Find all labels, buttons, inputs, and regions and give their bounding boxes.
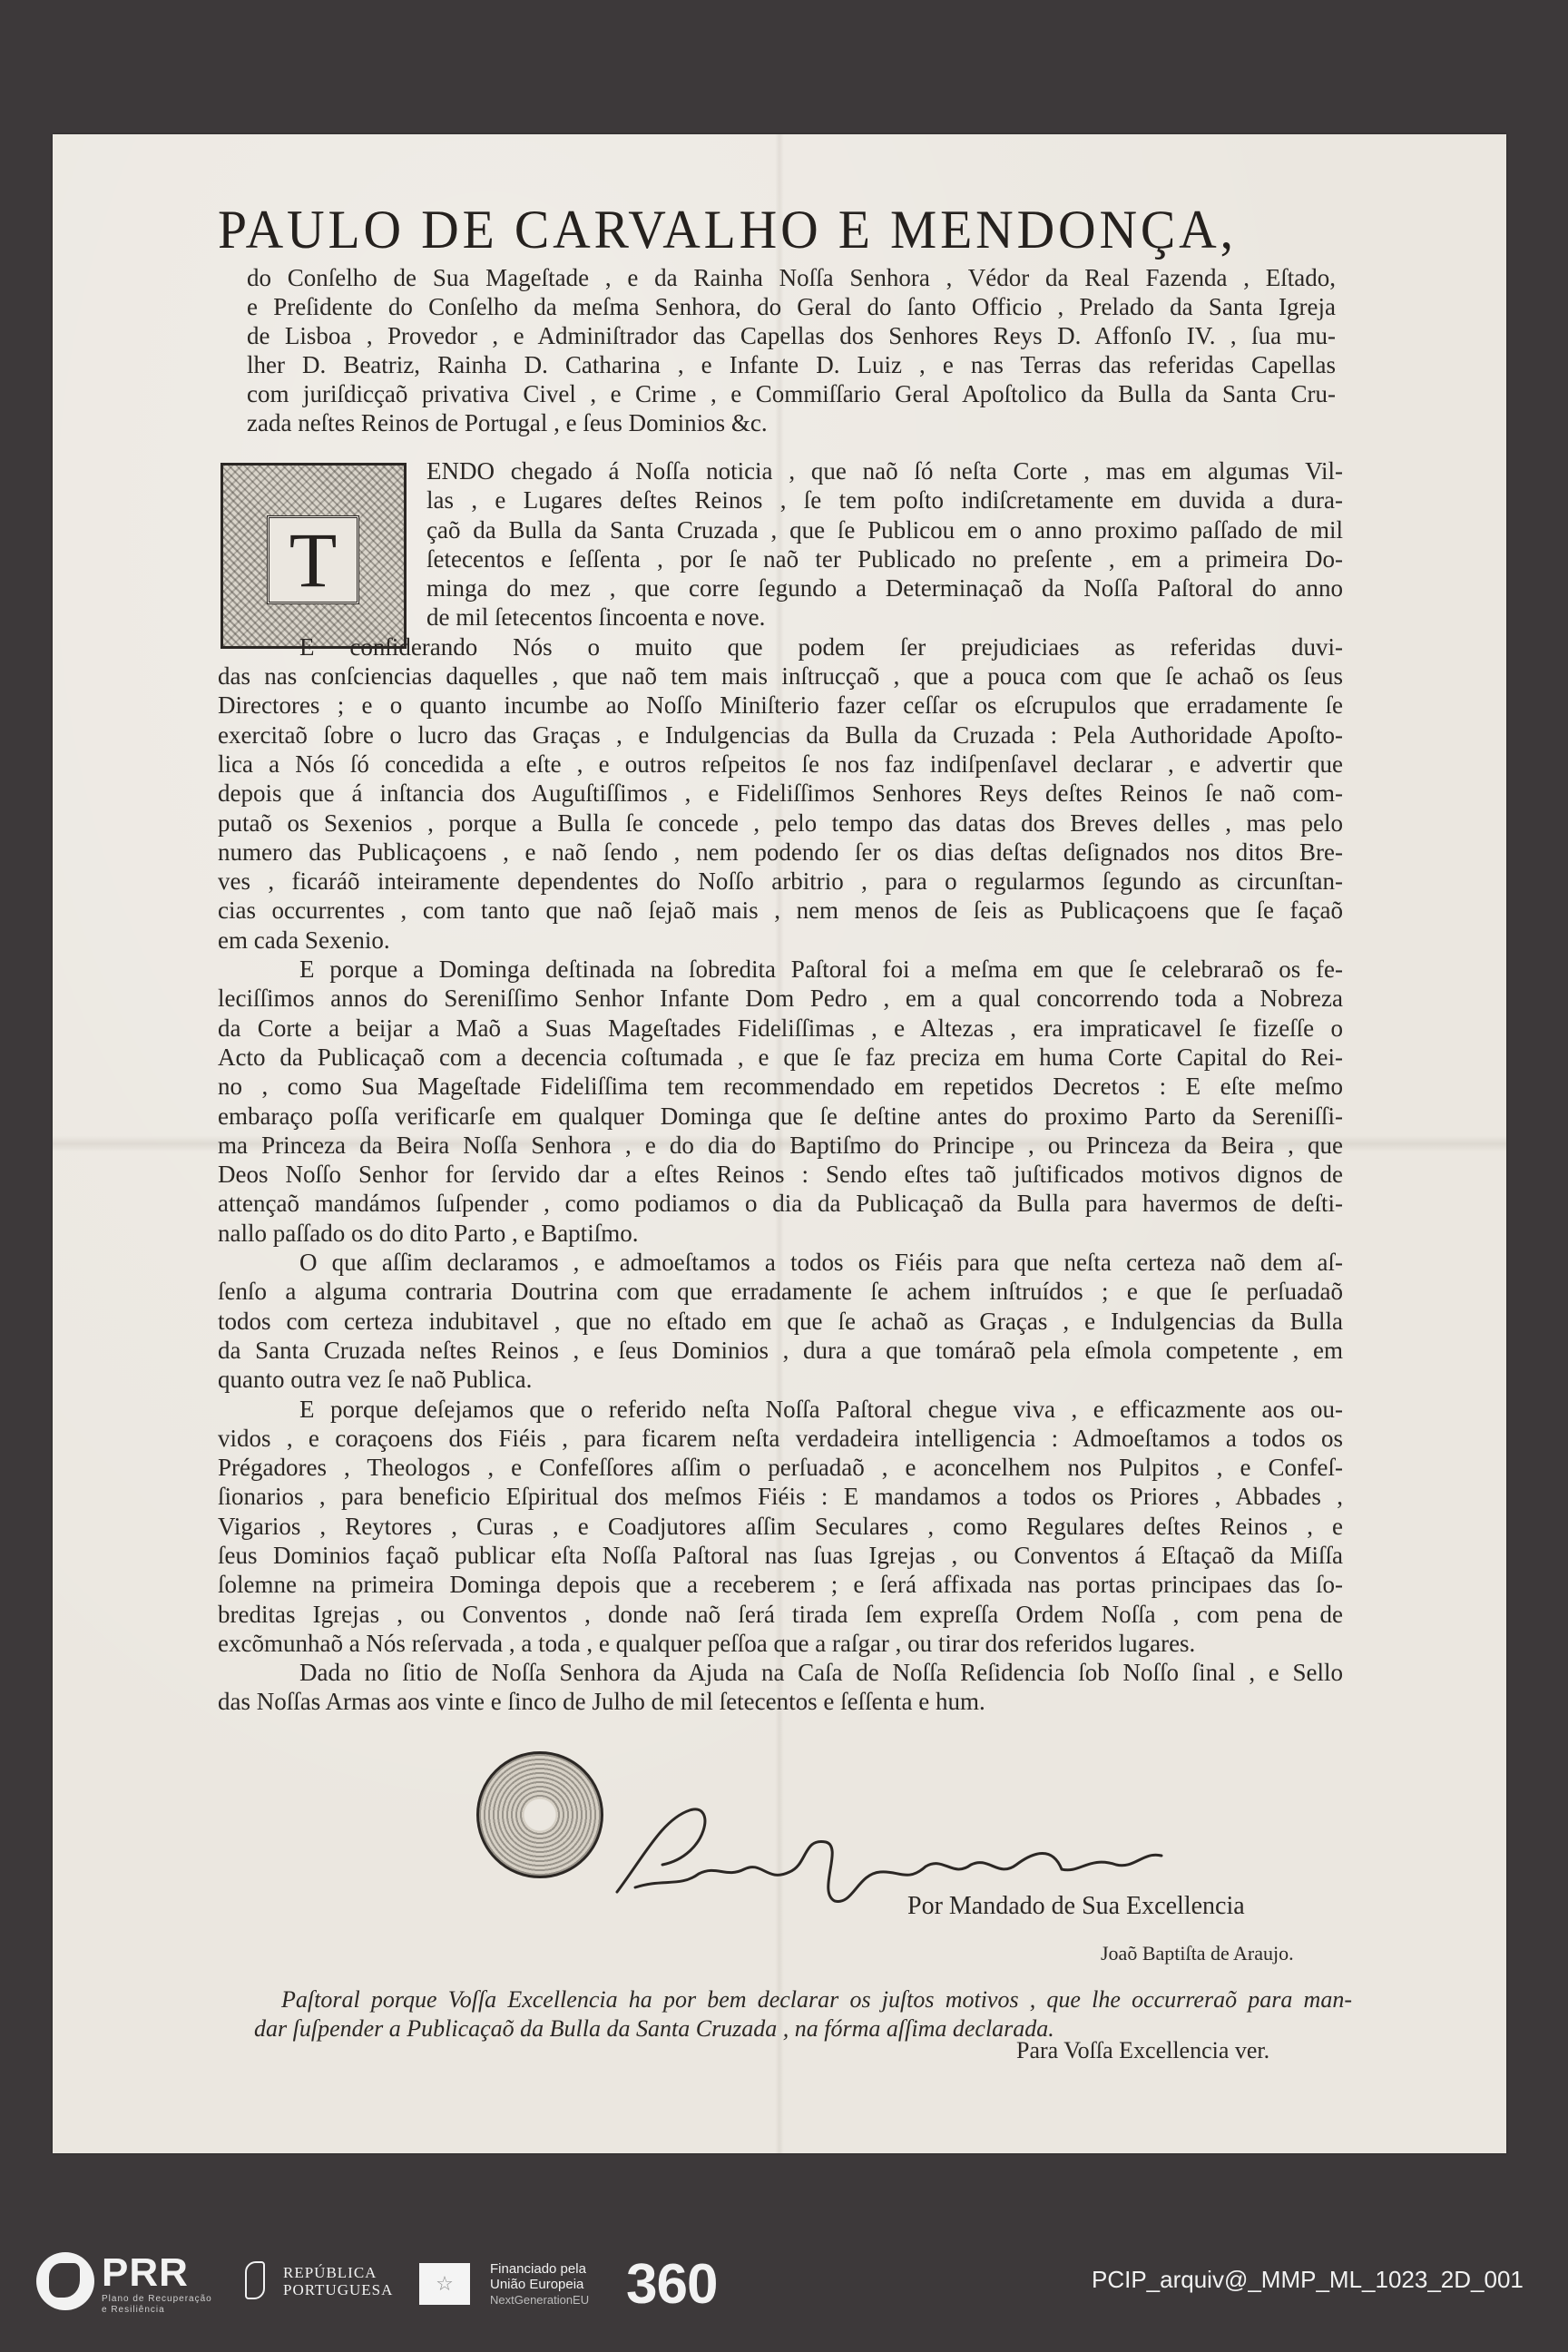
body-line: embaraço poſſa verificarſe em qualquer D… xyxy=(218,1102,1343,1131)
intro-line: do Conſelho de Sua Mageſtade , e da Rain… xyxy=(247,263,1336,292)
secretary-name: Joaõ Baptiſta de Araujo. xyxy=(1101,1942,1294,1965)
document-title: PAULO DE CARVALHO E MENDONÇA, xyxy=(218,198,1298,261)
body-line: Acto da Publicaçaõ com a decencia coſtum… xyxy=(218,1043,1343,1072)
body-line: numero das Publicaçoens , e naõ ſendo , … xyxy=(218,838,1343,867)
intro-line: zada neſtes Reinos de Portugal , e ſeus … xyxy=(247,408,1336,437)
body-line: lica a Nós ſó concedida a eſte , e outro… xyxy=(218,750,1343,779)
eu-flag-icon: ☆ xyxy=(419,2263,470,2305)
body-line: da Corte a beijar a Maõ a Suas Mageſtade… xyxy=(218,1014,1343,1043)
intro-line: com juriſdicçaõ privativa Civel , e Crim… xyxy=(247,379,1336,408)
eu-line: Financiado pela xyxy=(490,2261,589,2277)
body-line: minga do mez , que corre ſegundo a Deter… xyxy=(218,573,1343,603)
intro-line: lher D. Beatriz, Rainha D. Catharina , e… xyxy=(247,350,1336,379)
intro-line: de Lisboa , Provedor , e Adminiſtrador d… xyxy=(247,321,1336,350)
prr-title: PRR xyxy=(102,2250,189,2296)
body-line: da Santa Cruzada neſtes Reinos , e ſeus … xyxy=(218,1336,1343,1365)
body-line: E porque deſejamos que o referido neſta … xyxy=(218,1395,1343,1424)
body-line: Vigarios , Reytores , Curas , e Coadjuto… xyxy=(218,1512,1343,1541)
body-line: ſionarios , para beneficio Eſpiritual do… xyxy=(218,1482,1343,1511)
brand-360-logo: 360 xyxy=(626,2252,717,2317)
body-line: ENDO chegado á Noſſa noticia , que naõ ſ… xyxy=(218,456,1343,485)
archive-id: PCIP_arquiv@_MMP_ML_1023_2D_001 xyxy=(1092,2266,1524,2294)
eu-line: União Europeia xyxy=(490,2277,589,2292)
eu-stars-icon: ☆ xyxy=(419,2263,470,2305)
body-line: E porque a Dominga deſtinada na ſobredit… xyxy=(218,955,1343,984)
body-line: ma Princeza da Beira Noſſa Senhora , e d… xyxy=(218,1131,1343,1160)
eu-line: NextGenerationEU xyxy=(490,2292,589,2308)
body-line: em cada Sexenio. xyxy=(218,926,1343,955)
footer-note-line: Paſtoral porque Voſſa Excellencia ha por… xyxy=(254,1985,1352,2014)
addressee-line: Para Voſſa Excellencia ver. xyxy=(1016,2037,1269,2064)
body-line: Dada no ſitio de Noſſa Senhora da Ajuda … xyxy=(218,1658,1343,1687)
body-line: O que aſſim declaramos , e admoeſtamos a… xyxy=(218,1248,1343,1277)
title-credentials: do Conſelho de Sua Mageſtade , e da Rain… xyxy=(247,263,1336,437)
body-line: leciſſimos annos do Sereniſſimo Senhor I… xyxy=(218,984,1343,1013)
body-line: ſolemne na primeira Dominga depois que a… xyxy=(218,1570,1343,1599)
body-line: ves , ficaráõ inteiramente dependentes d… xyxy=(218,867,1343,896)
body-line: excõmunhaõ a Nós reſervada , a toda , e … xyxy=(218,1629,1343,1658)
by-order-text: Por Mandado de Sua Excellencia xyxy=(907,1892,1245,1921)
footer-logo-bar: PRR Plano de Recuperação e Resiliência R… xyxy=(0,2214,1568,2352)
republica-line: PORTUGUESA xyxy=(283,2281,393,2298)
body-line: das nas conſciencias daquelles , que naõ… xyxy=(218,661,1343,691)
intro-line: e Preſidente do Conſelho da meſma Senhor… xyxy=(247,292,1336,321)
body-line: breditas Igrejas , ou Conventos , donde … xyxy=(218,1600,1343,1629)
body-line: exercitaõ ſobre o lucro das Graças , e I… xyxy=(218,720,1343,750)
body-line: nallo paſſado os do dito Parto , e Bapti… xyxy=(218,1219,1343,1248)
body-line: putaõ os Sexenios , porque a Bulla ſe co… xyxy=(218,808,1343,838)
body-line: de mil ſetecentos ſincoenta e nove. xyxy=(218,603,1343,632)
body-line: çaõ da Bulla da Santa Cruzada , que ſe P… xyxy=(218,515,1343,544)
republica-line: REPÚBLICA xyxy=(283,2264,393,2281)
prr-logo-icon xyxy=(36,2252,94,2310)
eu-funding-text: Financiado pela União Europeia NextGener… xyxy=(490,2261,589,2308)
republica-emblem-icon xyxy=(245,2261,265,2299)
body-line: quanto outra vez ſe naõ Publica. xyxy=(218,1365,1343,1394)
footer-note: Paſtoral porque Voſſa Excellencia ha por… xyxy=(254,1985,1352,2043)
body-line: ſetecentos e ſeſſenta , por ſe naõ ter P… xyxy=(218,544,1343,573)
body-line: Deos Noſſo Senhor for ſervido dar a eſte… xyxy=(218,1160,1343,1189)
document-body: ENDO chegado á Noſſa noticia , que naõ ſ… xyxy=(218,456,1343,1717)
body-line: das Noſſas Armas aos vinte e ſinco de Ju… xyxy=(218,1687,1343,1716)
prr-subtitle-line: e Resiliência xyxy=(102,2305,212,2316)
republica-portuguesa-text: REPÚBLICA PORTUGUESA xyxy=(283,2264,393,2298)
seal-stamp-icon xyxy=(476,1751,603,1878)
body-line: cias occurrentes , com tanto que naõ ſej… xyxy=(218,896,1343,925)
body-line: depois que á inſtancia dos Auguſtiſſimos… xyxy=(218,779,1343,808)
body-line: E conſiderando Nós o muito que podem ſer… xyxy=(218,632,1343,661)
body-line: vidos , e coraçoens dos Fiéis , para fic… xyxy=(218,1424,1343,1453)
prr-subtitle: Plano de Recuperação e Resiliência xyxy=(102,2294,212,2316)
body-line: todos com certeza indubitavel , que no e… xyxy=(218,1307,1343,1336)
body-line: Prégadores , Theologos , e Confeſſores a… xyxy=(218,1453,1343,1482)
body-line: no , como Sua Mageſtade Fideliſſima tem … xyxy=(218,1072,1343,1101)
prr-subtitle-line: Plano de Recuperação xyxy=(102,2294,212,2305)
body-line: attençaõ mandámos ſuſpender , como podia… xyxy=(218,1189,1343,1218)
body-line: las , e Lugares deſtes Reinos , ſe tem p… xyxy=(218,485,1343,514)
body-line: ſenſo a alguma contraria Doutrina com qu… xyxy=(218,1277,1343,1306)
body-line: Directores ; e o quanto incumbe ao Noſſo… xyxy=(218,691,1343,720)
body-line: ſeus Dominios façaõ publicar eſta Noſſa … xyxy=(218,1541,1343,1570)
